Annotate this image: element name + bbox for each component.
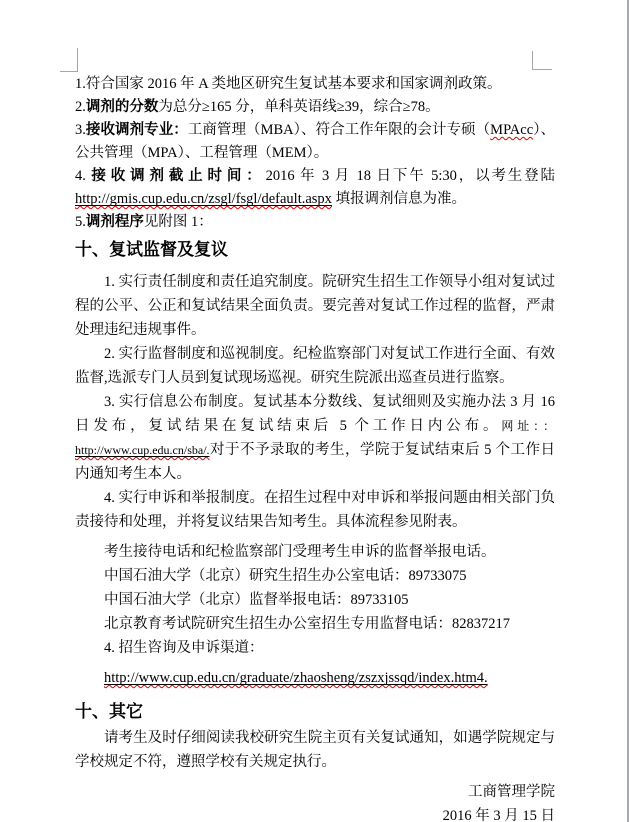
supervision-paragraph-5: 考生接待电话和纪检监察部门受理考生申诉的监督举报电话。 [75,540,555,564]
website-label: 网址：： [501,419,555,433]
text-boundary-mark-top-left [60,48,78,72]
list-item-1-text: 1.符合国家 2016 年 A 类地区研究生复试基本要求和国家调剂政策。 [75,76,502,92]
list-item-2-bold: 调剂的分数 [86,99,159,115]
list-item-2: 2.调剂的分数为总分≥165 分，单科英语线≥39，综合≥78。 [75,96,555,119]
section-heading-supervision: 十、复试监督及复议 [75,236,555,264]
phone-line-beijing-exam-authority: 北京教育考试院研究生招生办公室招生专用监督电话：82837217 [75,612,555,636]
list-item-4-number: 4. [75,168,91,184]
transfer-system-link[interactable]: http://gmis.cup.edu.cn/zsgl/fsgl/default… [75,191,332,207]
phone-line-supervision-report: 中国石油大学（北京）监督举报电话：89733105 [75,588,555,612]
list-item-5-number: 5. [75,214,86,230]
list-item-2-number: 2. [75,99,86,115]
consultation-website-link-text: http://www.cup.edu.cn/graduate/zhaosheng… [104,670,488,686]
supervision-paragraph-2: 2. 实行监督制度和巡视制度。纪检监察部门对复试工作进行全面、有效监督,选派专门… [75,342,555,390]
list-item-5-bold: 调剂程序 [86,214,144,230]
other-paragraph-1: 请考生及时仔细阅读我校研究生院主页有关复试通知，如遇学院规定与学校规定不符，遵照… [75,726,555,774]
signature-date: 2016 年 3 月 15 日 [75,804,555,822]
misspelled-word-mpacc: MPAcc [490,122,533,138]
consultation-url-line: http://www.cup.edu.cn/graduate/zhaosheng… [75,666,555,690]
list-item-4-bold: 接收调剂截止时间： [91,168,265,184]
sba-website-link[interactable]: http://www.cup.edu.cn/sba/. [75,443,210,457]
consultation-website-link[interactable]: http://www.cup.edu.cn/graduate/zhaosheng… [104,670,488,686]
supervision-paragraph-3: 3. 实行信息公布制度。复试基本分数线、复试细则及实施办法 3 月 16 日发布… [75,390,555,486]
transfer-system-link-text: http://gmis.cup.edu.cn/zsgl/fsgl/default… [75,191,332,207]
word-document-page: 1.符合国家 2016 年 A 类地区研究生复试基本要求和国家调剂政策。 2.调… [0,0,629,822]
list-item-4-text-a: 2016 年 3 月 18 日下午 5:30，以考生登陆 [266,168,555,184]
sba-website-link-text: http://www.cup.edu.cn/sba/. [75,443,210,457]
signature-school-name: 工商管理学院 [75,780,555,804]
section-heading-other: 十、其它 [75,698,555,726]
list-item-5-text: 见附图 1： [144,214,213,230]
document-body: 1.符合国家 2016 年 A 类地区研究生复试基本要求和国家调剂政策。 2.调… [75,73,555,822]
list-item-3-number: 3. [75,122,86,138]
list-item-4-text-b: 填报调剂信息为准。 [332,191,466,207]
phone-line-admissions-office: 中国石油大学（北京）研究生招生办公室电话：89733075 [75,564,555,588]
list-item-2-text: 为总分≥165 分，单科英语线≥39，综合≥78。 [158,99,439,115]
list-item-3: 3.接收调剂专业：工商管理（MBA）、符合工作年限的会计专硕（MPAcc）、公共… [75,119,555,165]
consultation-channel-heading: 4. 招生咨询及申诉渠道： [75,636,555,660]
list-item-5: 5.调剂程序见附图 1： [75,211,555,234]
list-item-4: 4. 接收调剂截止时间：2016 年 3 月 18 日下午 5:30，以考生登陆… [75,165,555,211]
supervision-paragraph-4: 4. 实行申诉和举报制度。在招生过程中对申诉和举报问题由相关部门负责接待和处理，… [75,486,555,534]
list-item-3-bold: 接收调剂专业： [86,122,188,138]
list-item-3-text-a: 工商管理（MBA）、符合工作年限的会计专硕（ [188,122,490,138]
supervision-paragraph-1: 1. 实行责任制度和责任追究制度。院研究生招生工作领导小组对复试过程的公平、公正… [75,270,555,342]
supervision-paragraph-3-text-a: 3. 实行信息公布制度。复试基本分数线、复试细则及实施办法 3 月 16 日发布… [75,394,555,434]
text-boundary-mark-top-right [532,51,552,70]
list-item-1: 1.符合国家 2016 年 A 类地区研究生复试基本要求和国家调剂政策。 [75,73,555,96]
